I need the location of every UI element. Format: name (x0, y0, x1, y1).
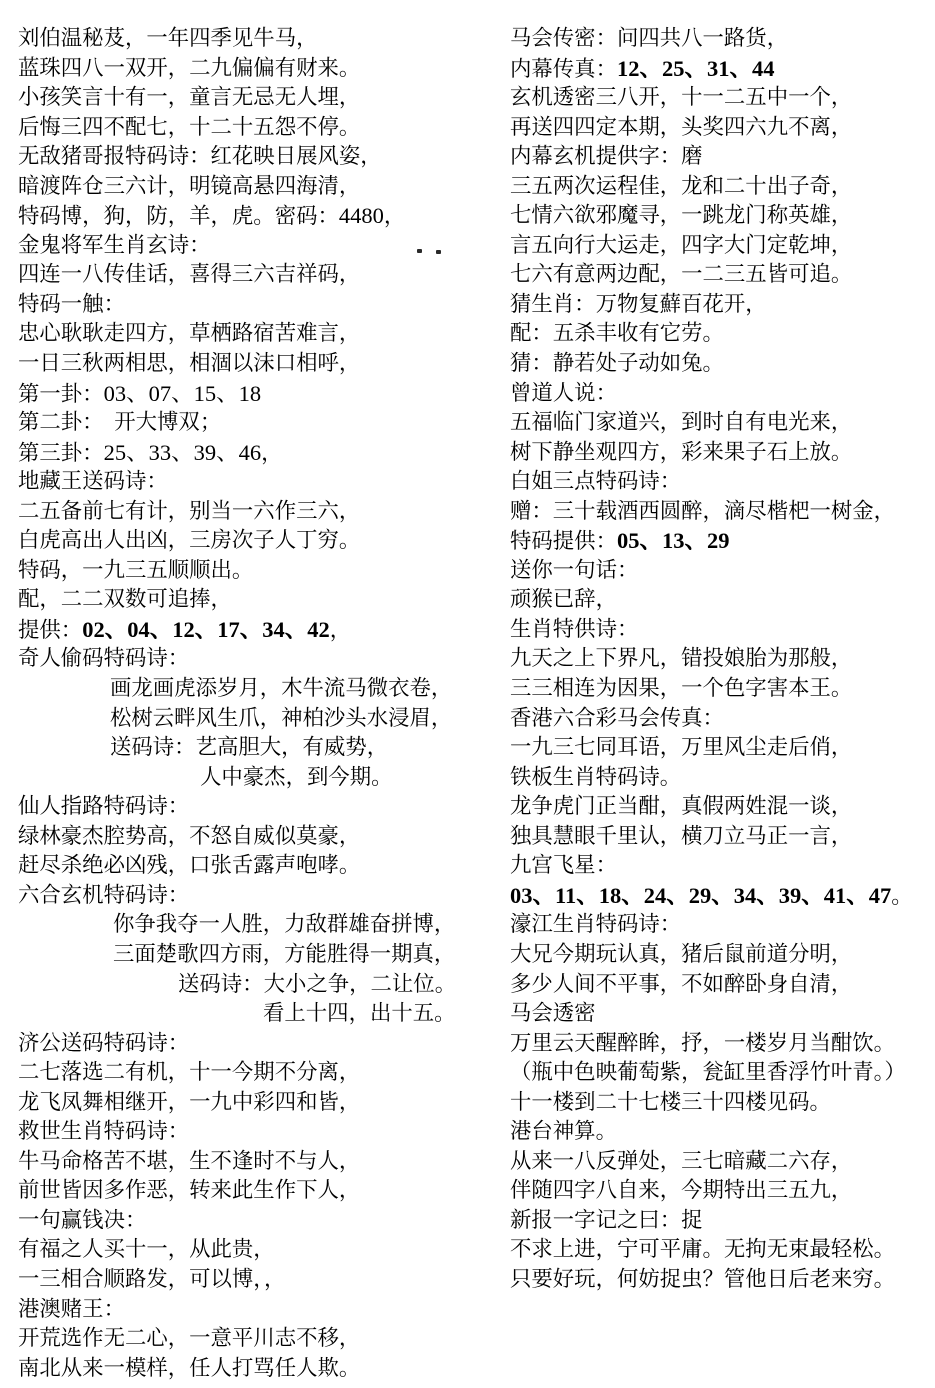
cn-text: 赠：三十载酒西圆醉，滴尽楷杷一树金， (510, 499, 895, 524)
text-line: 马会透密 (510, 999, 935, 1029)
cn-text: 独具慧眼千里认，横刀立马正一言， (510, 824, 852, 849)
cn-text: 仙人指路特码诗： (18, 794, 189, 819)
cn-text: 奇人偷码特码诗： (18, 646, 189, 671)
text-line: 只要好玩，何妨捉虫？管他日后老来穷。 (510, 1265, 935, 1295)
cn-text: 特码，一九三五顺顺出。 (18, 558, 253, 583)
cn-text: 十一楼到二十七楼三十四楼见码。 (510, 1090, 831, 1115)
text-line: 内幕传真：12、25、31、44 (510, 54, 935, 84)
number-run: 4480 (339, 203, 384, 228)
cn-text: 不求上进，宁可平庸。无拘无束最轻松。 (510, 1237, 895, 1262)
text-line: 四连一八传佳话，喜得三六吉祥码， (18, 260, 483, 290)
cn-text: 济公送码特码诗： (18, 1031, 189, 1056)
cn-text: （瓶中色映葡萄紫，瓮缸里香浮竹叶青。） (510, 1060, 906, 1085)
text-line: 万里云天醒醉眸，抒，一楼岁月当酣饮。 (510, 1029, 935, 1059)
text-line: 奇人偷码特码诗： (18, 644, 483, 674)
text-line: 新报一字记之曰：捉 (510, 1206, 935, 1236)
text-line: 人中豪杰，到今期。 (18, 763, 483, 793)
cn-text: 刘伯温秘芨，一年四季见牛马， (18, 26, 317, 51)
text-line: 赶尽杀绝必凶残，口张舌露声咆哮。 (18, 851, 483, 881)
text-line: 铁板生肖特码诗。 (510, 763, 935, 793)
cn-text: 多少人间不平事，不如醉卧身自清， (510, 972, 852, 997)
cn-text: 内幕玄机提供字：磨 (510, 144, 703, 169)
text-line: 提供：02、04、12、17、34、42， (18, 615, 483, 645)
cn-text: 猜生肖：万物复蘚百花开， (510, 292, 767, 317)
text-line: 刘伯温秘芨，一年四季见牛马， (18, 24, 483, 54)
text-line: 三五两次运程佳，龙和二十出子奇， (510, 172, 935, 202)
cn-text: 开荒选作无二心，一意平川志不移， (18, 1326, 360, 1351)
text-line: 濠江生肖特码诗： (510, 910, 935, 940)
cn-text: 牛马命格苦不堪，生不逢时不与人， (18, 1149, 360, 1174)
cn-text: 龙飞凤舞相继开，一九中彩四和皆， (18, 1090, 360, 1115)
cn-text: 忠心耿耿走四方，草栖路宿苦难言， (18, 321, 360, 346)
cn-text: 龙争虎门正当酣，真假两姓混一谈， (510, 794, 852, 819)
text-line: 一九三七同耳语，万里风尘走后俏， (510, 733, 935, 763)
text-line: 顽猴已辞， (510, 585, 935, 615)
text-line: 十一楼到二十七楼三十四楼见码。 (510, 1088, 935, 1118)
cn-text: 言五向行大运走，四字大门定乾坤， (510, 233, 852, 258)
text-line: 龙争虎门正当酣，真假两姓混一谈， (510, 792, 935, 822)
cn-text: 赶尽杀绝必凶残，口张舌露声咆哮。 (18, 853, 360, 878)
text-line: 伴随四字八自来，今期特出三五九， (510, 1176, 935, 1206)
text-line: 配，二二双数可追捧， (18, 585, 483, 615)
cn-text: 港澳赌王： (18, 1297, 125, 1322)
text-line: 多少人间不平事，不如醉卧身自清， (510, 970, 935, 1000)
number-run: 02、04、12、17、34、42 (82, 617, 330, 642)
text-line: 白姐三点特码诗： (510, 467, 935, 497)
cn-text: 香港六合彩马会传真： (510, 706, 724, 731)
cn-text: 配，二二双数可追捧， (18, 587, 232, 612)
cn-text: 三五两次运程佳，龙和二十出子奇， (510, 174, 852, 199)
cn-text: 港台神算。 (510, 1119, 617, 1144)
text-line: 六合玄机特码诗： (18, 881, 483, 911)
text-line: 九宫飞星： (510, 851, 935, 881)
text-line: 玄机透密三八开，十一二五中一个， (510, 83, 935, 113)
cn-text: 大兄今期玩认真，猪后鼠前道分明， (510, 942, 852, 967)
cn-text: 濠江生肖特码诗： (510, 912, 681, 937)
cn-text: 人中豪杰，到今期。 (200, 765, 393, 790)
text-line: 无敌猪哥报特码诗：红花映日展风姿， (18, 142, 483, 172)
text-line: 救世生肖特码诗： (18, 1117, 483, 1147)
text-line: 七六有意两边配，一二三五皆可追。 (510, 260, 935, 290)
text-line: 03、11、18、24、29、34、39、41、47。 (510, 881, 935, 911)
text-line: 猜：静若处子动如兔。 (510, 349, 935, 379)
text-line: 忠心耿耿走四方，草栖路宿苦难言， (18, 319, 483, 349)
cn-text: 松树云畔风生爪，神柏沙头水浸眉， (110, 706, 452, 731)
cn-text: 有福之人买十一，从此贵， (18, 1237, 275, 1262)
cn-text: 马会传密：问四共八一路货， (510, 26, 788, 51)
cn-text: 送码诗：艺高胆大，有威势， (110, 735, 388, 760)
cn-text: 玄机透密三八开，十一二五中一个， (510, 85, 852, 110)
text-line: 马会传密：问四共八一路货， (510, 24, 935, 54)
text-line: 香港六合彩马会传真： (510, 704, 935, 734)
cn-text: 绿林豪杰腔势高，不怒自威似莫豪， (18, 824, 360, 849)
cn-text: 七六有意两边配，一二三五皆可追。 (510, 262, 852, 287)
cn-text: 看上十四，出十五。 (263, 1001, 456, 1026)
text-line: 特码，一九三五顺顺出。 (18, 556, 483, 586)
cn-text: 南北从来一模样，任人打骂任人欺。 (18, 1356, 360, 1381)
cn-text: ， (261, 441, 282, 466)
cn-text: 一九三七同耳语，万里风尘走后俏， (510, 735, 852, 760)
text-line: 蓝珠四八一双开，二九偏偏有财来。 (18, 54, 483, 84)
cn-text: 铁板生肖特码诗。 (510, 765, 681, 790)
cn-text: 马会透密 (510, 1001, 596, 1026)
text-line: 送你一句话： (510, 556, 935, 586)
stray-dot (436, 250, 441, 254)
text-line: 画龙画虎添岁月，木牛流马微衣卷， (18, 674, 483, 704)
text-line: 大兄今期玩认真，猪后鼠前道分明， (510, 940, 935, 970)
right-column: 马会传密：问四共八一路货，内幕传真：12、25、31、44玄机透密三八开，十一二… (510, 24, 935, 1295)
text-line: 一句赢钱决： (18, 1206, 483, 1236)
text-line: 三三相连为因果，一个色字害本王。 (510, 674, 935, 704)
cn-text: 金鬼将军生肖玄诗： (18, 233, 211, 258)
text-line: 一日三秋两相思，相涸以沫口相呼， (18, 349, 483, 379)
text-line: 二五备前七有计，别当一六作三六， (18, 497, 483, 527)
text-line: 港台神算。 (510, 1117, 935, 1147)
stray-dot (417, 249, 422, 253)
text-line: 独具慧眼千里认，横刀立马正一言， (510, 822, 935, 852)
cn-text: 二五备前七有计，别当一六作三六， (18, 499, 360, 524)
text-line: 九天之上下界凡，错投娘胎为那般， (510, 644, 935, 674)
text-line: 七情六欲邪魔寻，一跳龙门称英雄， (510, 201, 935, 231)
cn-text: 七情六欲邪魔寻，一跳龙门称英雄， (510, 203, 852, 228)
cn-text: 三三相连为因果，一个色字害本王。 (510, 676, 852, 701)
text-line: 前世皆因多作恶，转来此生作下人， (18, 1176, 483, 1206)
text-line: 五福临门家道兴，到时自有电光来， (510, 408, 935, 438)
cn-text: 九宫飞星： (510, 853, 617, 878)
text-line: 港澳赌王： (18, 1295, 483, 1325)
cn-text: 万里云天醒醉眸，抒，一楼岁月当酣饮。 (510, 1031, 895, 1056)
cn-text: 白虎高出人出凶，三房次子人丁穷。 (18, 528, 360, 553)
cn-text: 一日三秋两相思，相涸以沫口相呼， (18, 351, 360, 376)
cn-text: 曾道人说： (510, 381, 617, 406)
cn-text: 送码诗：大小之争，二让位。 (178, 972, 456, 997)
cn-text: 特码博，狗，防，羊，虎。密码： (18, 204, 339, 229)
cn-text: 内幕传真： (510, 57, 617, 82)
text-line: 特码提供：05、13、29 (510, 526, 935, 556)
text-line: 仙人指路特码诗： (18, 792, 483, 822)
cn-text: 前世皆因多作恶，转来此生作下人， (18, 1178, 360, 1203)
text-line: 内幕玄机提供字：磨 (510, 142, 935, 172)
text-line: 从来一八反弹处，三七暗藏二六存， (510, 1147, 935, 1177)
text-line: 第三卦：25、33、39、46， (18, 438, 483, 468)
text-line: 特码博，狗，防，羊，虎。密码：4480， (18, 201, 483, 231)
text-line: 暗渡阵仓三六计，明镜高悬四海清， (18, 172, 483, 202)
cn-text: ， (384, 204, 405, 229)
cn-text: 后悔三四不配七，十二十五怨不停。 (18, 115, 360, 140)
text-line: 牛马命格苦不堪，生不逢时不与人， (18, 1147, 483, 1177)
number-run: 05、13、29 (617, 528, 730, 553)
text-line: 看上十四，出十五。 (18, 999, 483, 1029)
text-line: 有福之人买十一，从此贵， (18, 1235, 483, 1265)
cn-text: 特码提供： (510, 529, 617, 554)
text-line: 不求上进，宁可平庸。无拘无束最轻松。 (510, 1235, 935, 1265)
cn-text: 六合玄机特码诗： (18, 883, 189, 908)
cn-text: 特码一触： (18, 292, 125, 317)
cn-text: 二七落选二有机，十一今期不分离， (18, 1060, 360, 1085)
cn-text: 只要好玩，何妨捉虫？管他日后老来穷。 (510, 1267, 895, 1292)
text-line: 树下静坐观四方，彩来果子石上放。 (510, 438, 935, 468)
cn-text: 暗渡阵仓三六计，明镜高悬四海清， (18, 174, 360, 199)
text-line: 金鬼将军生肖玄诗： (18, 231, 483, 261)
text-line: 开荒选作无二心，一意平川志不移， (18, 1324, 483, 1354)
cn-text: 新报一字记之曰：捉 (510, 1208, 703, 1233)
cn-text: 伴随四字八自来，今期特出三五九， (510, 1178, 852, 1203)
text-line: 配：五杀丰收有它劳。 (510, 319, 935, 349)
text-line: 白虎高出人出凶，三房次子人丁穷。 (18, 526, 483, 556)
cn-text: 四连一八传佳话，喜得三六吉祥码， (18, 262, 360, 287)
cn-text: 树下静坐观四方，彩来果子石上放。 (510, 440, 852, 465)
text-line: 生肖特供诗： (510, 615, 935, 645)
text-line: 一三相合顺路发，可以博，， (18, 1265, 483, 1295)
cn-text: 生肖特供诗： (510, 617, 638, 642)
number-run: 03、11、18、24、29、34、39、41、47 (510, 883, 891, 908)
lottery-tips-page: 刘伯温秘芨，一年四季见牛马，蓝珠四八一双开，二九偏偏有财来。小孩笑言十有一，童言… (0, 0, 935, 1388)
text-line: 送码诗：大小之争，二让位。 (18, 970, 483, 1000)
cn-text: 顽猴已辞， (510, 587, 617, 612)
cn-text: 救世生肖特码诗： (18, 1119, 189, 1144)
cn-text: ， (330, 618, 351, 643)
cn-text: 。 (891, 884, 912, 909)
text-line: 后悔三四不配七，十二十五怨不停。 (18, 113, 483, 143)
cn-text: 第一卦： (18, 382, 104, 407)
cn-text: 画龙画虎添岁月，木牛流马微衣卷， (110, 676, 452, 701)
cn-text: 猜：静若处子动如兔。 (510, 351, 724, 376)
text-line: 松树云畔风生爪，神柏沙头水浸眉， (18, 704, 483, 734)
cn-text: 白姐三点特码诗： (510, 469, 681, 494)
cn-text: 第三卦： (18, 441, 104, 466)
left-column: 刘伯温秘芨，一年四季见牛马，蓝珠四八一双开，二九偏偏有财来。小孩笑言十有一，童言… (18, 24, 483, 1383)
cn-text: 你争我夺一人胜，力敌群雄奋拼博， (113, 912, 455, 937)
cn-text: 一句赢钱决： (18, 1208, 146, 1233)
number-run: 25、33、39、46 (104, 440, 262, 465)
cn-text: 地藏王送码诗： (18, 469, 168, 494)
text-line: 南北从来一模样，任人打骂任人欺。 (18, 1354, 483, 1384)
text-line: 龙飞凤舞相继开，一九中彩四和皆， (18, 1088, 483, 1118)
number-run: 03、07、15、18 (104, 381, 262, 406)
cn-text: 配：五杀丰收有它劳。 (510, 321, 724, 346)
text-line: 第二卦： 开大博双； (18, 408, 483, 438)
cn-text: 提供： (18, 618, 82, 643)
cn-text: 无敌猪哥报特码诗：红花映日展风姿， (18, 144, 382, 169)
cn-text: 送你一句话： (510, 558, 638, 583)
text-line: 三面楚歌四方雨，方能胜得一期真， (18, 940, 483, 970)
text-line: 你争我夺一人胜，力敌群雄奋拼博， (18, 910, 483, 940)
text-line: 地藏王送码诗： (18, 467, 483, 497)
cn-text: 三面楚歌四方雨，方能胜得一期真， (113, 942, 455, 967)
text-line: 小孩笑言十有一，童言无忌无人埋， (18, 83, 483, 113)
text-line: 再送四四定本期，头奖四六九不离， (510, 113, 935, 143)
cn-text: 五福临门家道兴，到时自有电光来， (510, 410, 852, 435)
cn-text: 第二卦： 开大博双； (18, 410, 221, 435)
text-line: 绿林豪杰腔势高，不怒自威似莫豪， (18, 822, 483, 852)
cn-text: 蓝珠四八一双开，二九偏偏有财来。 (18, 56, 360, 81)
cn-text: 九天之上下界凡，错投娘胎为那般， (510, 646, 852, 671)
cn-text: 小孩笑言十有一，童言无忌无人埋， (18, 85, 360, 110)
text-line: 言五向行大运走，四字大门定乾坤， (510, 231, 935, 261)
text-line: 特码一触： (18, 290, 483, 320)
number-run: 12、25、31、44 (617, 56, 775, 81)
cn-text: 再送四四定本期，头奖四六九不离， (510, 115, 852, 140)
text-line: 猜生肖：万物复蘚百花开， (510, 290, 935, 320)
cn-text: 一三相合顺路发，可以博，， (18, 1267, 285, 1292)
text-line: 第一卦：03、07、15、18 (18, 379, 483, 409)
cn-text: 从来一八反弹处，三七暗藏二六存， (510, 1149, 852, 1174)
text-line: 济公送码特码诗： (18, 1029, 483, 1059)
text-line: 曾道人说： (510, 379, 935, 409)
text-line: 赠：三十载酒西圆醉，滴尽楷杷一树金， (510, 497, 935, 527)
text-line: （瓶中色映葡萄紫，瓮缸里香浮竹叶青。） (510, 1058, 935, 1088)
text-line: 送码诗：艺高胆大，有威势， (18, 733, 483, 763)
text-line: 二七落选二有机，十一今期不分离， (18, 1058, 483, 1088)
